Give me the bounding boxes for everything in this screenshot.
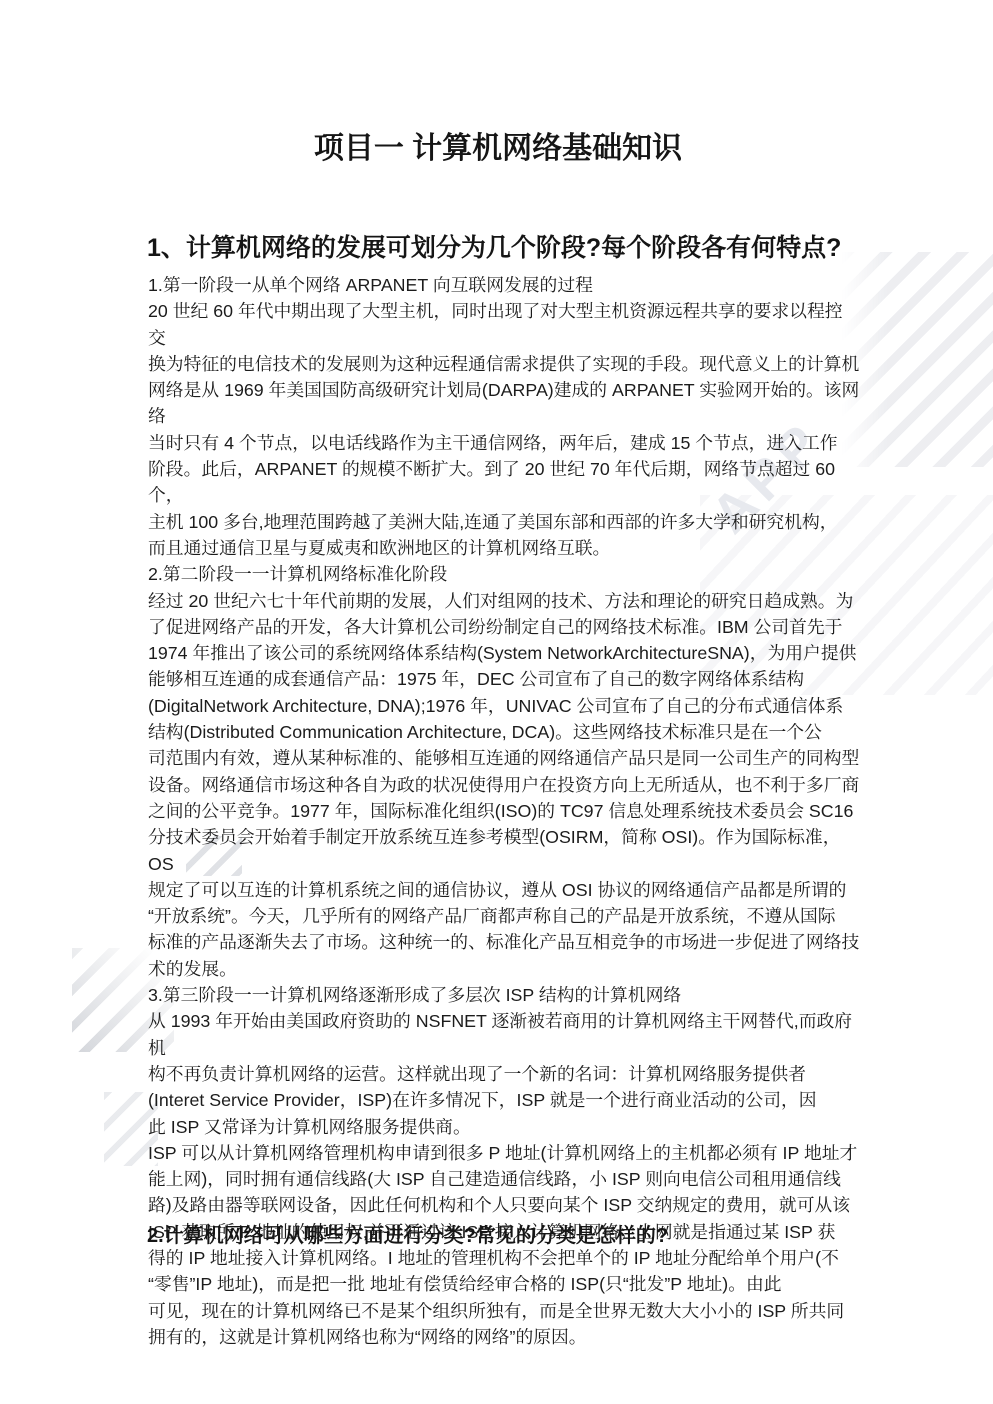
document-page: APP 项目一 计算机网络基础知识 1、计算机网络的发展可划分为几个阶段?每个阶… xyxy=(0,0,993,1404)
question-2-heading: 2.计算机网络可从哪些方面进行分类?常见的分类是怎样的? xyxy=(147,1222,863,1250)
document-title: 项目一 计算机网络基础知识 xyxy=(148,128,848,170)
watermark-stripes-top-right xyxy=(842,252,993,467)
question-1-heading: 1、计算机网络的发展可划分为几个阶段?每个阶段各有何特点? xyxy=(147,231,863,265)
question-1-answer-text: 1.第一阶段一从单个网络 ARPANET 向互联网发展的过程 20 世纪 60 … xyxy=(148,272,860,1350)
